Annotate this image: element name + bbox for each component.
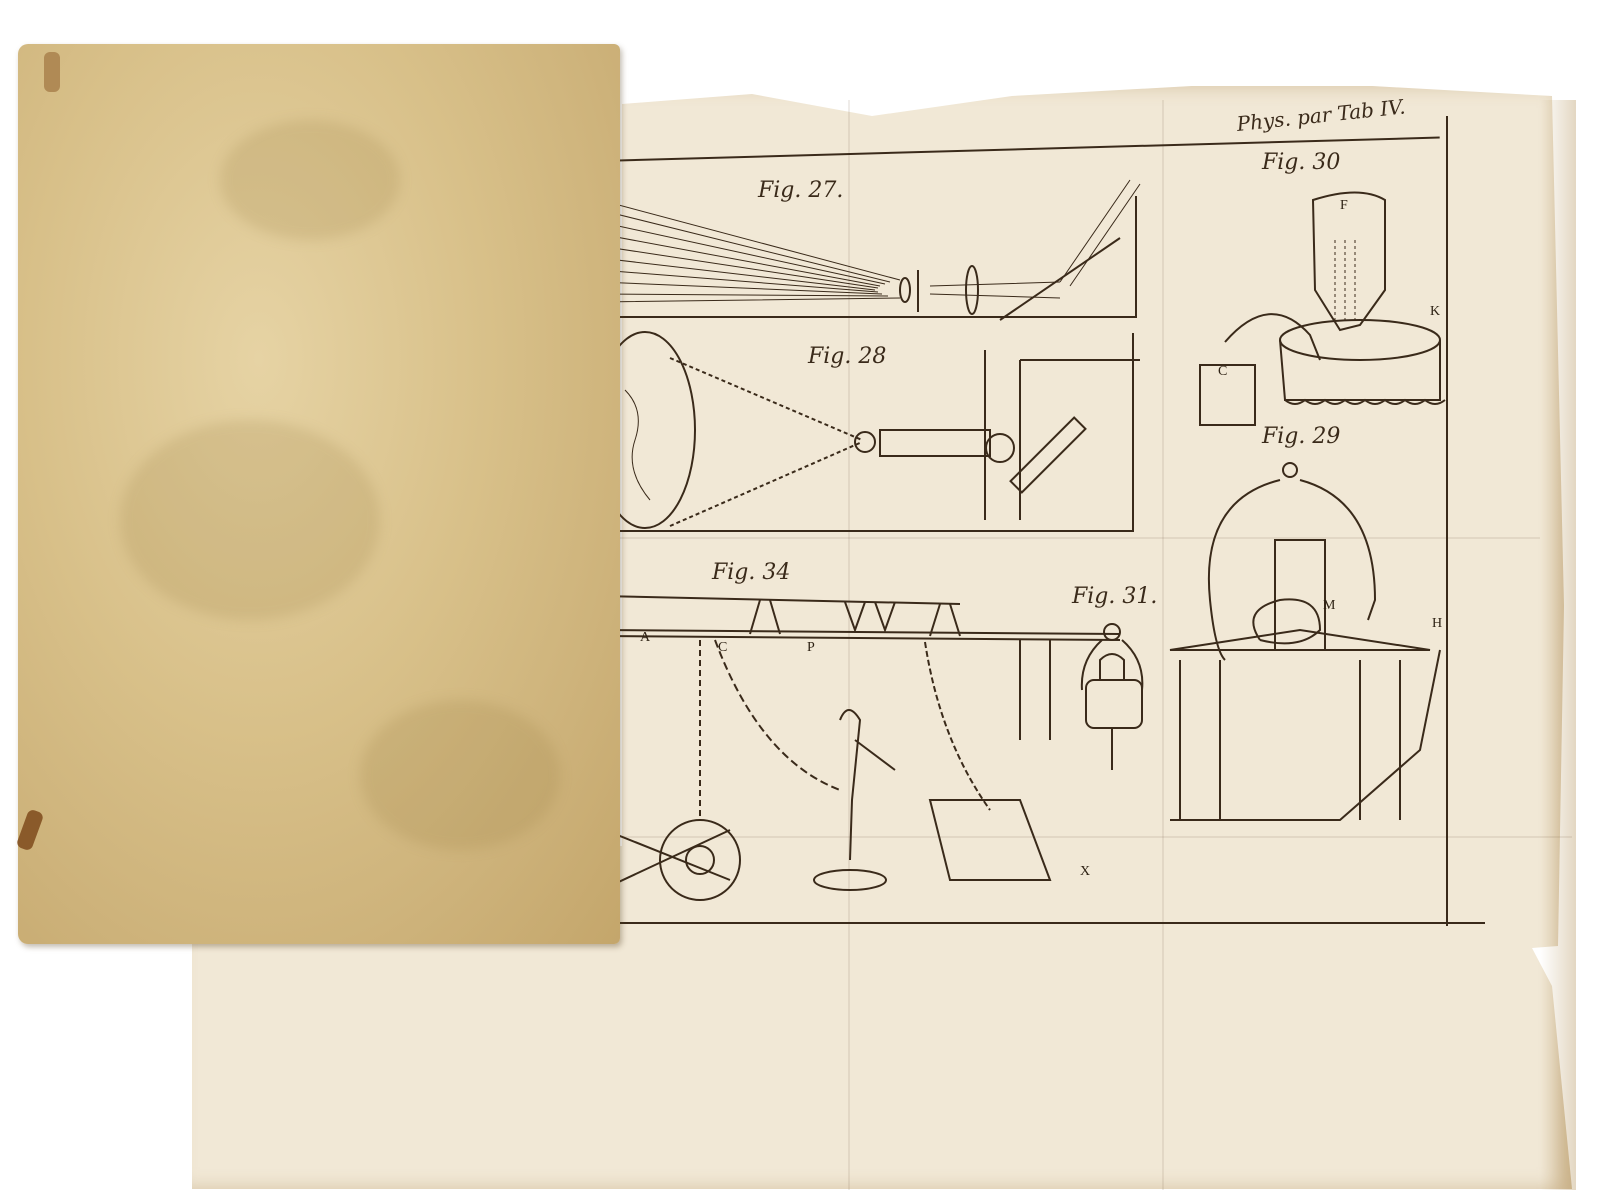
fig28-panel-bottom	[600, 530, 1134, 532]
fig34-electrical-experiment	[580, 590, 1140, 890]
fig29-label: H	[1432, 616, 1442, 632]
fig34-label: A	[640, 630, 650, 646]
cover-stain	[220, 120, 400, 240]
fig34-label: P	[807, 640, 815, 656]
fig30-label: K	[1430, 304, 1440, 320]
cover-stain	[120, 420, 380, 620]
fig29-label: M	[1323, 598, 1335, 614]
fig28-projection-microscope	[600, 330, 1140, 530]
fig30-label: F	[1340, 198, 1348, 214]
book-tie-top	[44, 52, 60, 92]
plate-border-bottom	[565, 922, 1485, 924]
fig34-label: C	[718, 640, 727, 656]
plate-stained-edge	[1540, 100, 1576, 1190]
fig30-vessel-apparatus	[1160, 160, 1460, 420]
fig30-label: C	[1218, 364, 1227, 380]
cover-stain	[360, 700, 560, 850]
fig34-label: X	[1080, 864, 1090, 880]
fig34-caption: Fig. 34	[712, 560, 790, 585]
fig29-bell-jar-apparatus	[1160, 450, 1460, 850]
fig27-optics-diagram	[600, 190, 1140, 320]
fig31-caption: Fig. 31.	[1072, 584, 1157, 609]
fig29-caption: Fig. 29	[1262, 424, 1340, 449]
fig31-padlock-bulb	[1070, 620, 1160, 780]
